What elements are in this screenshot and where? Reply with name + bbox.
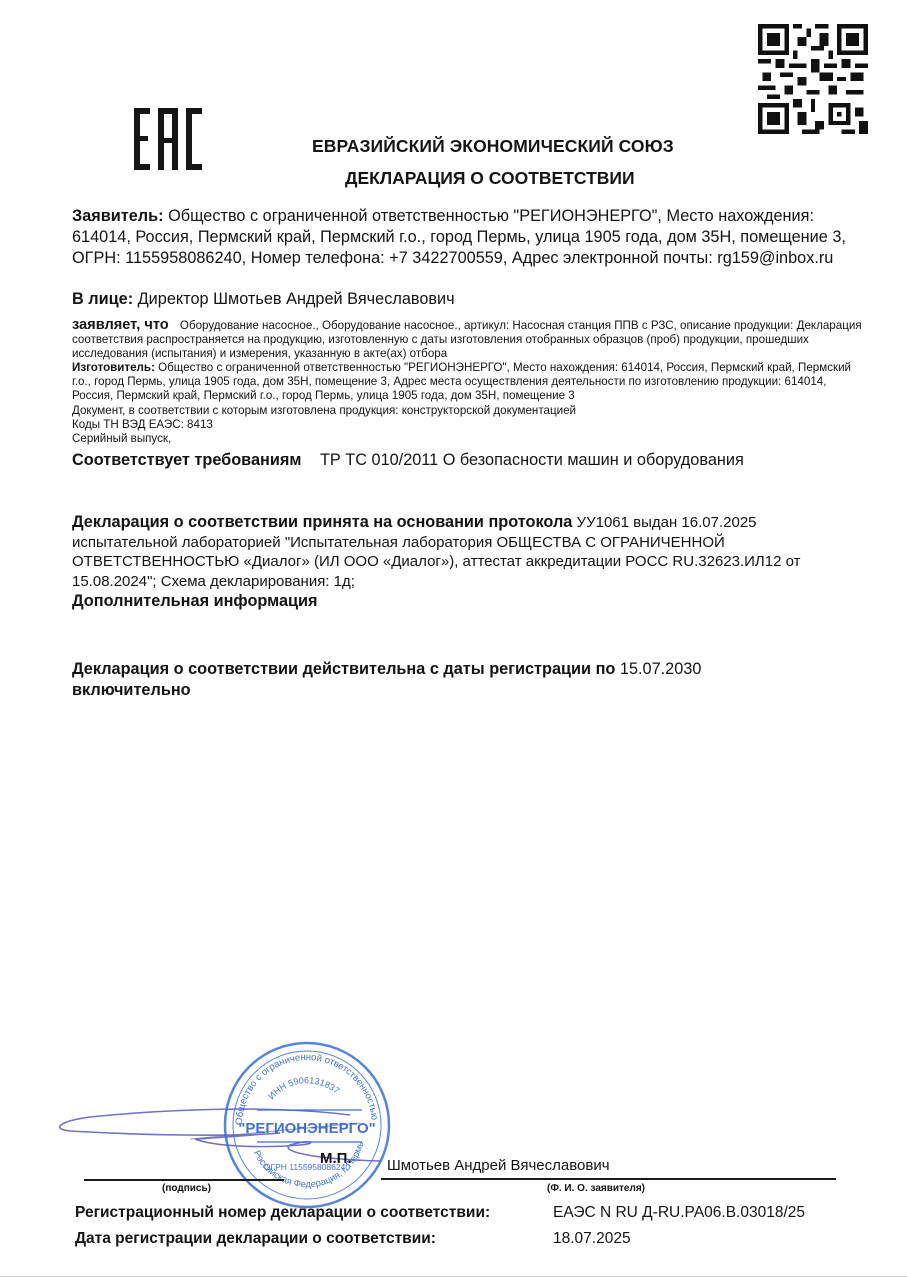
declares-text: Оборудование насосное., Оборудование нас…: [72, 319, 862, 360]
signature-caption: (подпись): [162, 1183, 211, 1194]
applicant-section: Заявитель: Общество с ограниченной ответ…: [72, 206, 862, 269]
stamp-ring-text: Общество с ограниченной ответственностью: [234, 1052, 380, 1125]
representative-label: В лице:: [72, 290, 133, 308]
manufacturer-section: Изготовитель: Общество с ограниченной от…: [72, 361, 862, 446]
protocol-label: Декларация о соответствии принята на осн…: [72, 513, 572, 531]
name-caption: (Ф. И. О. заявителя): [547, 1183, 645, 1194]
registration-date-label: Дата регистрации декларации о соответств…: [75, 1230, 436, 1248]
representative-text: Директор Шмотьев Андрей Вячеславович: [138, 290, 455, 308]
stamp-place-label: М.П.: [320, 1150, 352, 1167]
validity-label: Декларация о соответствии действительна …: [72, 660, 615, 678]
validity-section: Декларация о соответствии действительна …: [72, 659, 832, 701]
release-type: Серийный выпуск,: [72, 432, 862, 446]
complies-section: Соответствует требованиям ТР ТС 010/2011…: [72, 450, 862, 471]
complies-label: Соответствует требованиям: [72, 451, 301, 469]
validity-date: 15.07.2030: [620, 660, 702, 678]
stamp-inn-text: ИНН 5906131837: [266, 1075, 341, 1101]
svg-text:Общество с ограниченной ответс: Общество с ограниченной ответственностью: [234, 1052, 380, 1125]
stamp-org-text: "РЕГИОНЭНЕРГО": [238, 1120, 376, 1137]
signer-name: Шмотьев Андрей Вячеславович: [387, 1157, 610, 1174]
protocol-section: Декларация о соответствии принята на осн…: [72, 513, 862, 591]
validity-suffix: включительно: [72, 681, 191, 699]
manufacturer-label: Изготовитель:: [72, 361, 155, 374]
document-title: ДЕКЛАРАЦИЯ О СООТВЕТСТВИИ: [345, 168, 635, 189]
registration-date-value: 18.07.2025: [553, 1230, 631, 1248]
declares-label: заявляет, что: [72, 317, 169, 333]
manufacturer-text: Общество с ограниченной ответственностью…: [72, 361, 851, 402]
name-line: [381, 1178, 836, 1180]
page-edge: [0, 1276, 907, 1277]
svg-text:ИНН 5906131837: ИНН 5906131837: [266, 1075, 341, 1101]
registration-number-label: Регистрационный номер декларации о соотв…: [75, 1204, 490, 1222]
manufacturing-document: Документ, в соответствии с которым изгот…: [72, 404, 862, 418]
representative-section: В лице: Директор Шмотьев Андрей Вячеслав…: [72, 289, 862, 310]
applicant-text: Общество с ограниченной ответственностью…: [72, 207, 846, 267]
applicant-label: Заявитель:: [72, 207, 164, 225]
tn-ved-codes: Коды ТН ВЭД ЕАЭС: 8413: [72, 418, 862, 432]
eac-logo: [132, 108, 204, 170]
qr-code-icon: [758, 24, 868, 134]
complies-text: ТР ТС 010/2011 О безопасности машин и об…: [320, 451, 744, 469]
declares-section: заявляет, что Оборудование насосное., Об…: [72, 318, 862, 362]
signature-line: [84, 1179, 284, 1181]
registration-number-value: ЕАЭС N RU Д-RU.РА06.В.03018/25: [553, 1204, 805, 1222]
company-stamp: Общество с ограниченной ответственностью…: [222, 1040, 392, 1210]
additional-info-heading: Дополнительная информация: [72, 591, 862, 612]
union-title: ЕВРАЗИЙСКИЙ ЭКОНОМИЧЕСКИЙ СОЮЗ: [312, 136, 674, 157]
